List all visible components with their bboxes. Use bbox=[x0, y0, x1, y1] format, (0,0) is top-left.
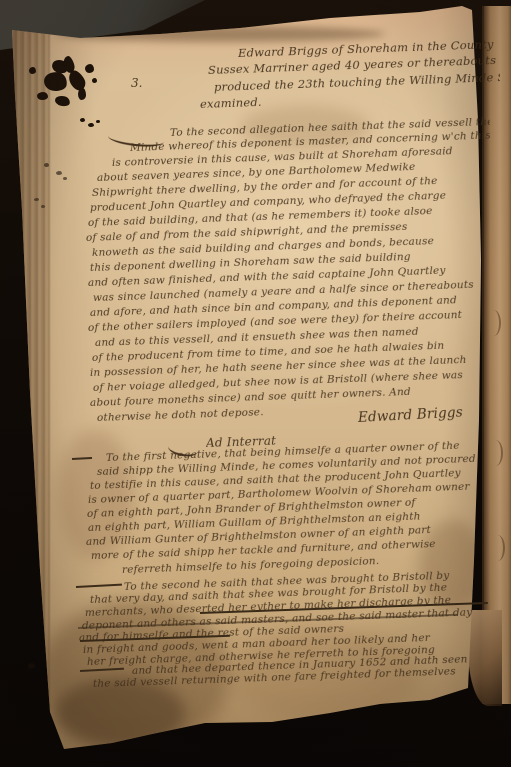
ink-blot bbox=[85, 64, 94, 73]
manuscript-photo: 3. Edward Briggs of Shoreham in the Coun… bbox=[0, 0, 511, 767]
ink-speck bbox=[80, 118, 85, 122]
folio-number: 3. bbox=[131, 76, 142, 90]
ink-speck bbox=[44, 163, 49, 167]
ink-speck bbox=[96, 120, 100, 123]
ink-speck bbox=[63, 177, 67, 180]
ink-speck bbox=[34, 198, 39, 201]
ink-speck bbox=[88, 123, 94, 127]
ink-speck bbox=[41, 205, 45, 208]
ink-blot bbox=[37, 92, 48, 100]
ink-speck bbox=[28, 663, 35, 669]
caption-line: examined. bbox=[200, 94, 290, 112]
ink-speck bbox=[56, 171, 62, 175]
ink-blot bbox=[29, 67, 36, 74]
ink-blot bbox=[78, 88, 86, 100]
book-page-edges bbox=[8, 26, 50, 746]
ink-blot bbox=[92, 78, 97, 83]
